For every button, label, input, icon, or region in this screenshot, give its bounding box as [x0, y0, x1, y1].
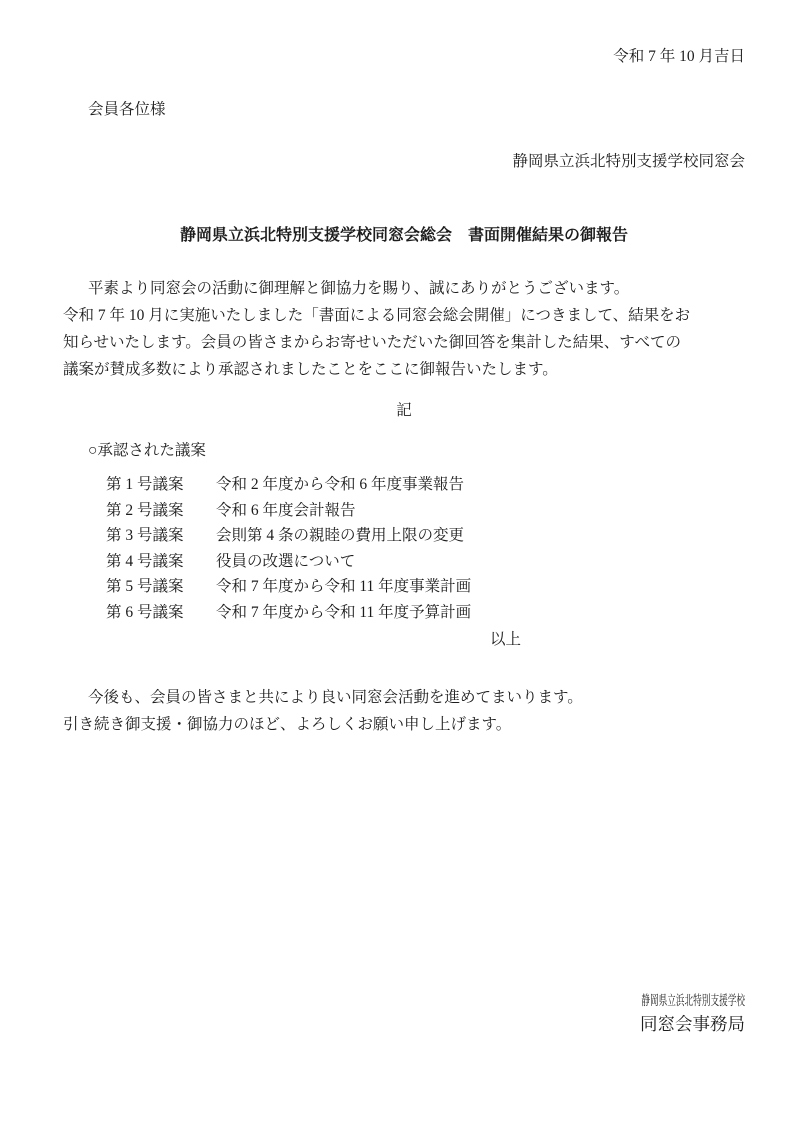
proposal-description: 令和 7 年度から令和 11 年度予算計画	[216, 600, 745, 626]
addressee: 会員各位様	[88, 96, 745, 123]
proposal-number: 第 6 号議案	[106, 600, 216, 626]
proposal-item: 第 5 号議案 令和 7 年度から令和 11 年度事業計画	[106, 574, 745, 600]
closing-line: 引き続き御支援・御協力のほど、よろしくお願い申し上げます。	[63, 711, 745, 738]
closing-line: 今後も、会員の皆さまと共により良い同窓会活動を進めてまいります。	[63, 684, 745, 711]
proposal-item: 第 2 号議案 令和 6 年度会計報告	[106, 498, 745, 524]
proposal-item: 第 1 号議案 令和 2 年度から令和 6 年度事業報告	[106, 472, 745, 498]
document-date: 令和 7 年 10 月吉日	[63, 43, 745, 70]
proposal-item: 第 3 号議案 会則第 4 条の親睦の費用上限の変更	[106, 523, 745, 549]
proposal-number: 第 2 号議案	[106, 498, 216, 524]
proposal-description: 令和 2 年度から令和 6 年度事業報告	[216, 472, 745, 498]
end-marker: 以上	[490, 626, 745, 653]
body-line: 議案が賛成多数により承認されましたことをここに御報告いたします。	[63, 356, 745, 383]
approved-items-heading: ○承認された議案	[88, 437, 745, 464]
proposal-description: 役員の改選について	[216, 549, 745, 575]
signature-school-text: 静岡県立浜北特別支援学校	[641, 992, 745, 1010]
signature-office: 同窓会事務局	[583, 1012, 745, 1036]
proposal-number: 第 4 号議案	[106, 549, 216, 575]
proposal-number: 第 5 号議案	[106, 574, 216, 600]
closing-paragraph: 今後も、会員の皆さまと共により良い同窓会活動を進めてまいります。 引き続き御支援…	[63, 684, 745, 738]
record-marker: 記	[63, 397, 745, 424]
document-page: 令和 7 年 10 月吉日 会員各位様 静岡県立浜北特別支援学校同窓会 静岡県立…	[0, 0, 800, 1131]
body-line: 令和 7 年 10 月に実施いたしました「書面による同窓会総会開催」につきまして…	[63, 302, 745, 329]
document-title: 静岡県立浜北特別支援学校同窓会総会 書面開催結果の御報告	[63, 221, 745, 251]
signature-block: 静岡県立浜北特別支援学校 同窓会事務局	[583, 992, 745, 1036]
proposal-description: 令和 6 年度会計報告	[216, 498, 745, 524]
sender-organization: 静岡県立浜北特別支援学校同窓会	[63, 148, 745, 175]
signature-school: 静岡県立浜北特別支援学校	[583, 992, 745, 1010]
body-paragraph: 平素より同窓会の活動に御理解と御協力を賜り、誠にありがとうございます。 令和 7…	[63, 275, 745, 383]
body-line: 知らせいたします。会員の皆さまからお寄せいただいた御回答を集計した結果、すべての	[63, 329, 745, 356]
proposal-description: 会則第 4 条の親睦の費用上限の変更	[216, 523, 745, 549]
body-line: 平素より同窓会の活動に御理解と御協力を賜り、誠にありがとうございます。	[63, 275, 745, 302]
proposal-item: 第 4 号議案 役員の改選について	[106, 549, 745, 575]
proposal-item: 第 6 号議案 令和 7 年度から令和 11 年度予算計画	[106, 600, 745, 626]
proposal-list: 第 1 号議案 令和 2 年度から令和 6 年度事業報告 第 2 号議案 令和 …	[63, 472, 745, 626]
proposal-description: 令和 7 年度から令和 11 年度事業計画	[216, 574, 745, 600]
proposal-number: 第 1 号議案	[106, 472, 216, 498]
proposal-number: 第 3 号議案	[106, 523, 216, 549]
